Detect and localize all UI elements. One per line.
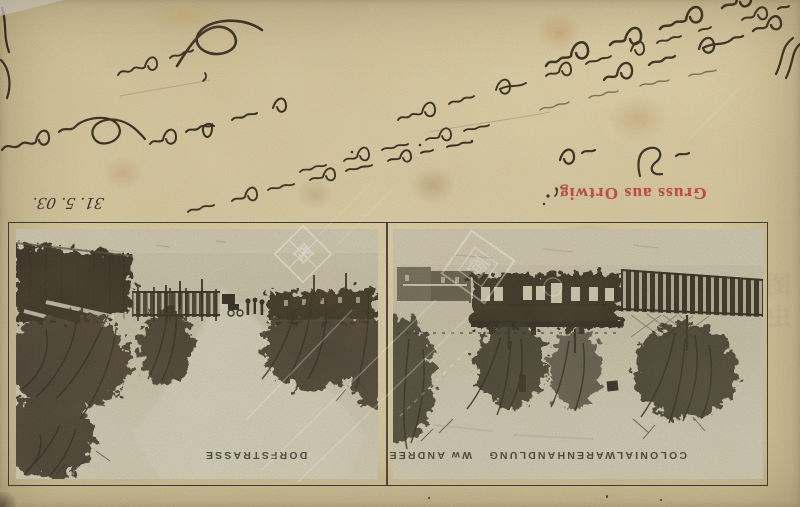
stain bbox=[296, 178, 334, 210]
greeting-gruss-aus-ortwig: Gruss aus Ortwig. bbox=[532, 183, 728, 203]
stain bbox=[536, 12, 582, 52]
ink-speck bbox=[606, 495, 608, 498]
ghost-watermark: 图虫 bbox=[754, 248, 796, 358]
caption-colonialwarenhandlung: COLONIALWARENHANDLUNG Ww ANDREE bbox=[462, 449, 687, 461]
postcard-scan: DORFSTRASSE COLONIALWARENHANDLUNG Ww AND… bbox=[0, 0, 800, 507]
stain bbox=[142, 0, 226, 32]
handwritten-date: 31. 5. 03. bbox=[15, 194, 122, 212]
stain bbox=[608, 94, 668, 142]
ink-speck bbox=[428, 497, 430, 499]
scan-edge-artifact bbox=[0, 0, 64, 16]
stain bbox=[102, 156, 144, 190]
ink-speck bbox=[660, 499, 662, 501]
stain bbox=[410, 166, 456, 204]
corner-shadow bbox=[0, 492, 18, 507]
caption-dorfstrasse: DORFSTRASSE bbox=[158, 449, 353, 461]
photo-divider bbox=[386, 223, 388, 485]
left-photo-dorfstrasse bbox=[16, 229, 378, 479]
right-photo-store bbox=[393, 229, 763, 479]
handwriting-ink bbox=[0, 0, 800, 240]
